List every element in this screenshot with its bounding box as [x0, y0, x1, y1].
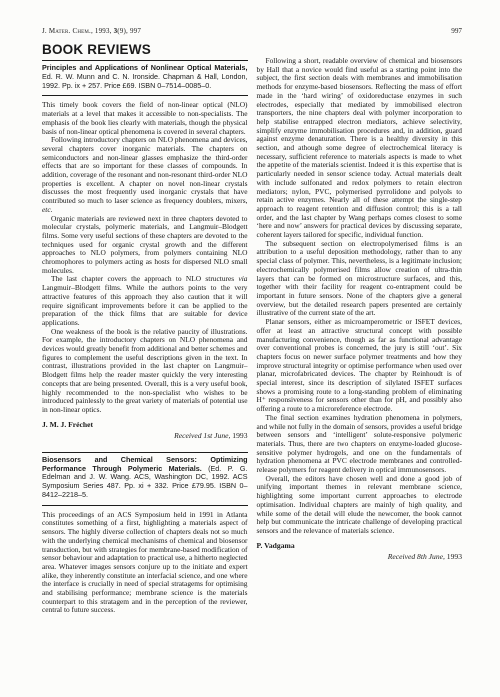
book-reference-block: Principles and Applications of Nonlinear… — [42, 60, 248, 96]
review-paragraph: Organic materials are reviewed next in t… — [42, 215, 248, 276]
column-left: BOOK REVIEWS Principles and Applications… — [42, 36, 248, 615]
received-date: Received 8th June, 1993 — [257, 552, 463, 561]
review-article-nonlinear-optical: Principles and Applications of Nonlinear… — [42, 60, 248, 440]
journal-citation: J. Mater. Chem., 1993, 3(9), 997 — [42, 27, 141, 36]
review-paragraph: Planar sensors, either as microamperomet… — [257, 318, 463, 414]
page-number: 997 — [451, 27, 462, 36]
review-paragraph: Following introductory chapters on NLO p… — [42, 136, 248, 214]
column-right: Following a short, readable overview of … — [257, 36, 463, 615]
reviewer-name: P. Vadgama — [257, 541, 463, 550]
book-title: Principles and Applications of Nonlinear… — [42, 63, 248, 72]
received-date: Received 1st June, 1993 — [42, 431, 248, 440]
book-publication-details: Ed. R. W. Munn and C. N. Ironside. Chapm… — [42, 72, 248, 90]
review-paragraph: The final section examines hydration phe… — [257, 414, 463, 475]
journal-page: J. Mater. Chem., 1993, 3(9), 997 997 BOO… — [0, 0, 500, 697]
review-paragraph: Following a short, readable overview of … — [257, 57, 463, 240]
reviewer-name: J. M. J. Fréchet — [42, 420, 248, 429]
running-header: J. Mater. Chem., 1993, 3(9), 997 997 — [42, 27, 462, 36]
review-article-biosensors: Biosensors and Chemical Sensors: Optimiz… — [42, 452, 248, 615]
review-paragraph: The last chapter covers the approach to … — [42, 275, 248, 327]
book-reference-block: Biosensors and Chemical Sensors: Optimiz… — [42, 452, 248, 506]
section-title: BOOK REVIEWS — [42, 42, 248, 57]
review-paragraph: This timely book covers the field of non… — [42, 101, 248, 136]
review-paragraph: One weakness of the book is the relative… — [42, 328, 248, 415]
review-paragraph: The subsequent section on electropolymer… — [257, 240, 463, 318]
review-paragraph: Overall, the editors have chosen well an… — [257, 475, 463, 536]
two-column-layout: BOOK REVIEWS Principles and Applications… — [42, 36, 462, 615]
review-paragraph: This proceedings of an ACS Symposium hel… — [42, 511, 248, 615]
